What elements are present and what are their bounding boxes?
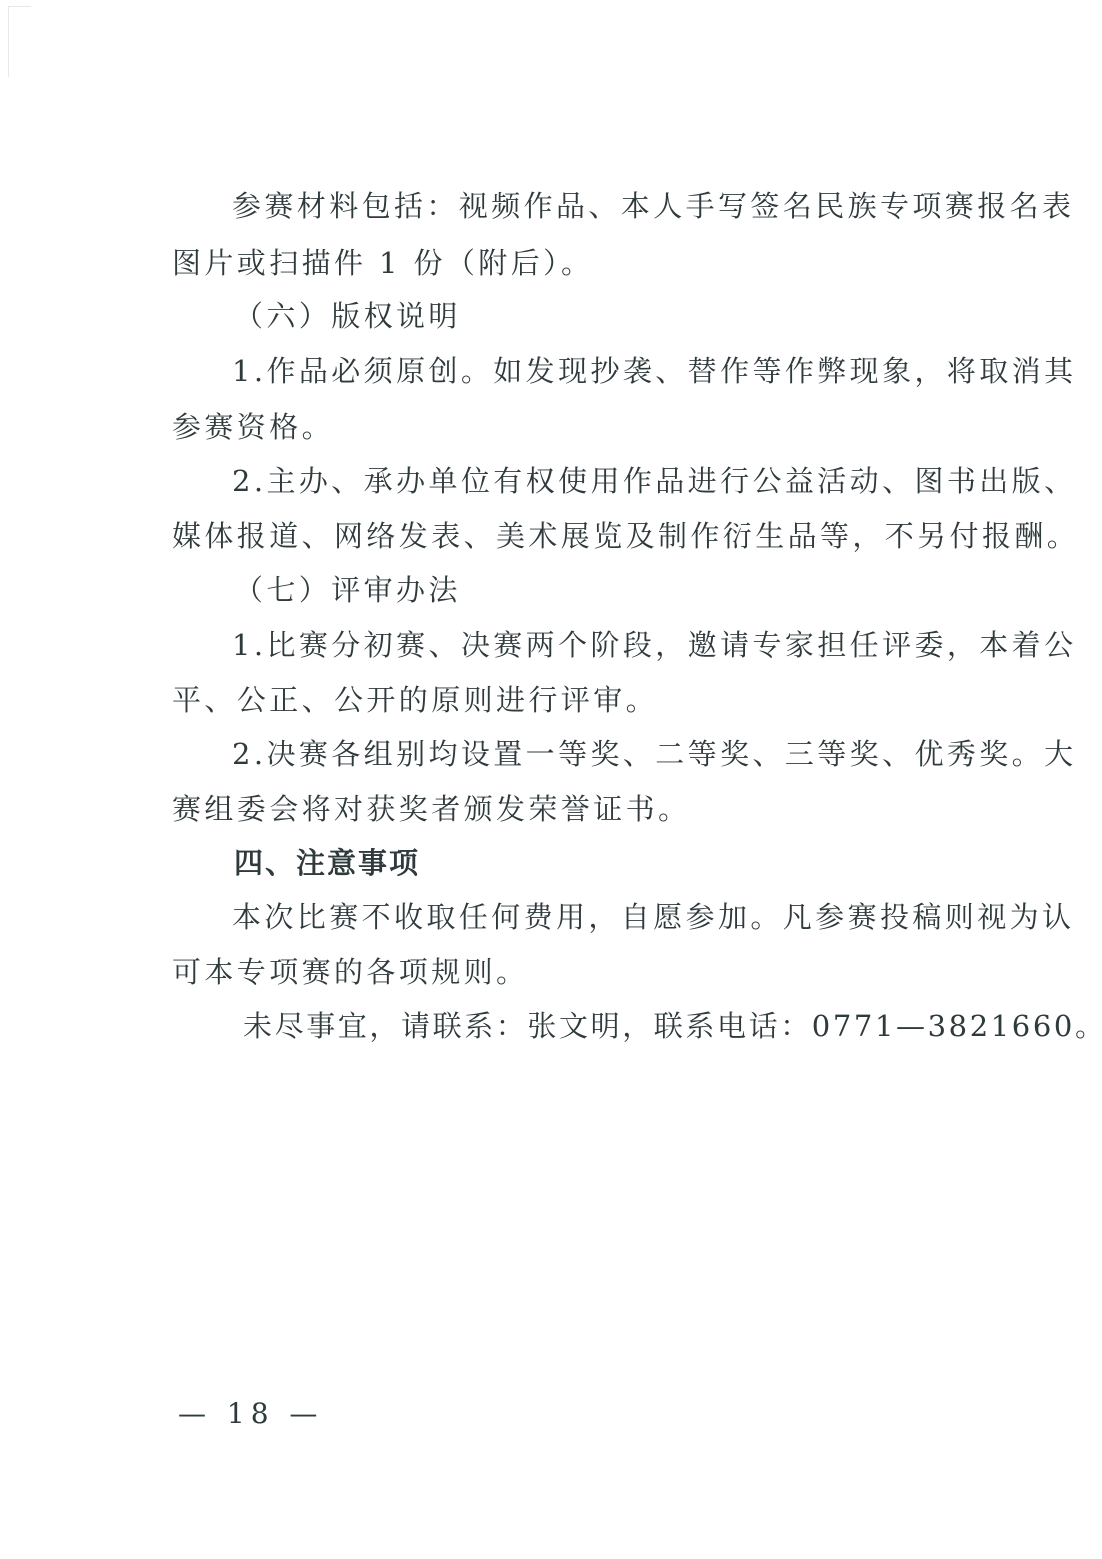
notes-line-2: 可本专项赛的各项规则。 (172, 952, 528, 992)
review-item-2-line-2: 赛组委会将对获奖者颁发荣誉证书。 (172, 789, 690, 829)
section-heading-copyright: （六）版权说明 (234, 296, 461, 336)
materials-line-1: 参赛材料包括：视频作品、本人手写签名民族专项赛报名表 (232, 186, 1074, 226)
section-heading-notes: 四、注意事项 (234, 843, 420, 883)
page-number: — 18 — (178, 1394, 323, 1434)
copyright-item-1-line-2: 参赛资格。 (172, 407, 334, 447)
notes-line-1: 本次比赛不收取任何费用，自愿参加。凡参赛投稿则视为认 (232, 897, 1074, 937)
review-item-1-line-2: 平、公正、公开的原则进行评审。 (172, 680, 658, 720)
copyright-item-1-line-1: 1.作品必须原创。如发现抄袭、替作等作弊现象，将取消其 (232, 351, 1076, 391)
review-item-2-line-1: 2.决赛各组别均设置一等奖、二等奖、三等奖、优秀奖。大 (232, 734, 1076, 774)
materials-line-2: 图片或扫描件 1 份（附后）。 (172, 243, 593, 283)
copyright-item-2-line-1: 2.主办、承办单位有权使用作品进行公益活动、图书出版、 (232, 461, 1076, 501)
review-item-1-line-1: 1.比赛分初赛、决赛两个阶段，邀请专家担任评委，本着公 (232, 625, 1076, 665)
copyright-item-2-line-2: 媒体报道、网络发表、美术展览及制作衍生品等，不另付报酬。 (172, 516, 1079, 556)
section-heading-review: （七）评审办法 (234, 570, 461, 610)
document-page: 参赛材料包括：视频作品、本人手写签名民族专项赛报名表 图片或扫描件 1 份（附后… (0, 0, 1102, 1559)
contact-line: 未尽事宜，请联系：张文明，联系电话：0771—3821660。 (243, 1006, 1102, 1046)
